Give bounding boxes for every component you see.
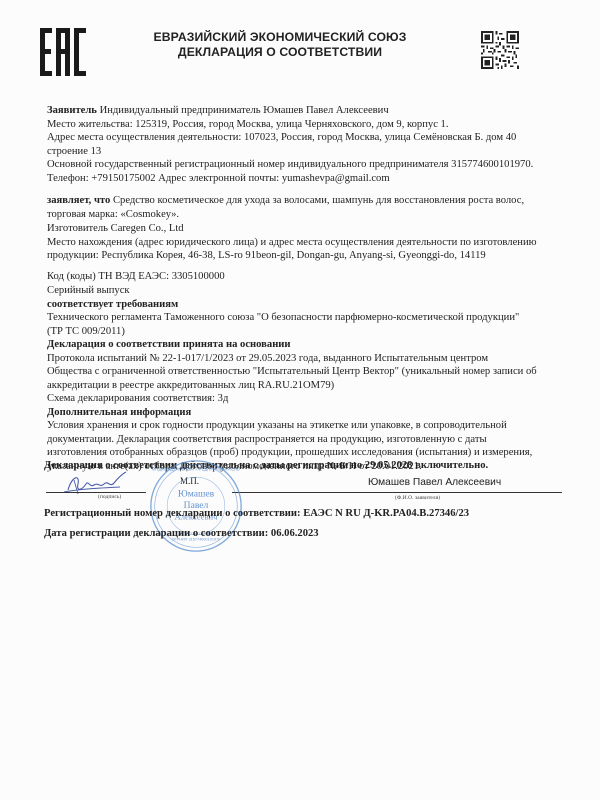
- registration-number: Регистрационный номер декларации о соотв…: [44, 507, 469, 520]
- declares-label: заявляет, что: [47, 195, 110, 206]
- compliance-heading: соответствует требованиям: [47, 298, 178, 311]
- product-trademark: торговая марка: «Cosmokey».: [47, 208, 179, 221]
- applicant-ogrnip: Основной государственный регистрационный…: [47, 158, 533, 171]
- regulation-code: (ТР ТС 009/2011): [47, 325, 125, 338]
- release-type: Серийный выпуск: [47, 284, 130, 297]
- applicant-line: Заявитель Индивидуальный предприниматель…: [47, 104, 389, 117]
- manufacturer: Изготовитель Caregen Co., Ltd: [47, 222, 184, 235]
- name-caption: (Ф.И.О. заявителя): [395, 495, 440, 501]
- additional-heading: Дополнительная информация: [47, 406, 191, 419]
- applicant-contacts: Телефон: +79150175002 Адрес электронной …: [47, 172, 390, 185]
- applicant-name: Индивидуальный предприниматель Юмашев Па…: [100, 105, 389, 116]
- manufacturer-address: Место нахождения (адрес юридического лиц…: [47, 236, 537, 249]
- applicant-label: Заявитель: [47, 105, 97, 116]
- additional-line-2: документации. Декларация соответствия ра…: [47, 433, 487, 446]
- basis-heading: Декларация о соответствии принята на осн…: [47, 338, 291, 351]
- manufacturer-address-cont: продукции: Республика Корея, 46-38, LS-r…: [47, 249, 486, 262]
- name-line: [232, 492, 562, 493]
- tn-ved-code: Код (коды) ТН ВЭД ЕАЭС: 3305100000: [47, 270, 225, 283]
- union-name: ЕВРАЗИЙСКИЙ ЭКОНОМИЧЕСКИЙ СОЮЗ: [120, 30, 440, 45]
- qr-code-icon: [481, 31, 519, 69]
- additional-line-1: Условия хранения и срок годности продукц…: [47, 419, 507, 432]
- additional-line-3: изготовления отобранных образцов (проб) …: [47, 446, 532, 459]
- product-description: Средство косметическое для ухода за воло…: [113, 195, 524, 206]
- applicant-activity-address: Адрес места осуществления деятельности: …: [47, 131, 516, 144]
- document-header-title: ЕВРАЗИЙСКИЙ ЭКОНОМИЧЕСКИЙ СОЮЗ ДЕКЛАРАЦИ…: [120, 30, 440, 59]
- applicant-activity-address-cont: строение 13: [47, 145, 101, 158]
- signature-caption: (подпись): [98, 494, 121, 500]
- eac-logo-icon: [40, 28, 86, 76]
- signature-line: [46, 492, 146, 493]
- registration-date: Дата регистрации декларации о соответств…: [44, 527, 319, 540]
- basis-accreditation: аккредитации в реестре аккредитованных л…: [47, 379, 334, 392]
- declaration-scheme: Схема декларирования соответствия: 3д: [47, 392, 228, 405]
- basis-lab: Общества с ограниченной ответственностью…: [47, 365, 537, 378]
- basis-protocol: Протокола испытаний № 22-1-017/1/2023 от…: [47, 352, 488, 365]
- svg-text:ИНДИВИДУАЛЬНЫЙ ПРЕДПРИНИМАТЕЛЬ: ИНДИВИДУАЛЬНЫЙ ПРЕДПРИНИМАТЕЛЬ: [152, 466, 240, 471]
- product-declaration-line: заявляет, что Средство косметическое для…: [47, 194, 524, 207]
- declaration-document: ЕВРАЗИЙСКИЙ ЭКОНОМИЧЕСКИЙ СОЮЗ ДЕКЛАРАЦИ…: [0, 0, 600, 800]
- signer-name: Юмашев Павел Алексеевич: [368, 476, 501, 489]
- regulation-name: Технического регламента Таможенного союз…: [47, 311, 519, 324]
- document-type: ДЕКЛАРАЦИЯ О СООТВЕТСТВИИ: [120, 45, 440, 60]
- svg-text:Юмашев: Юмашев: [178, 488, 215, 499]
- applicant-residence: Место жительства: 125319, Россия, город …: [47, 118, 449, 131]
